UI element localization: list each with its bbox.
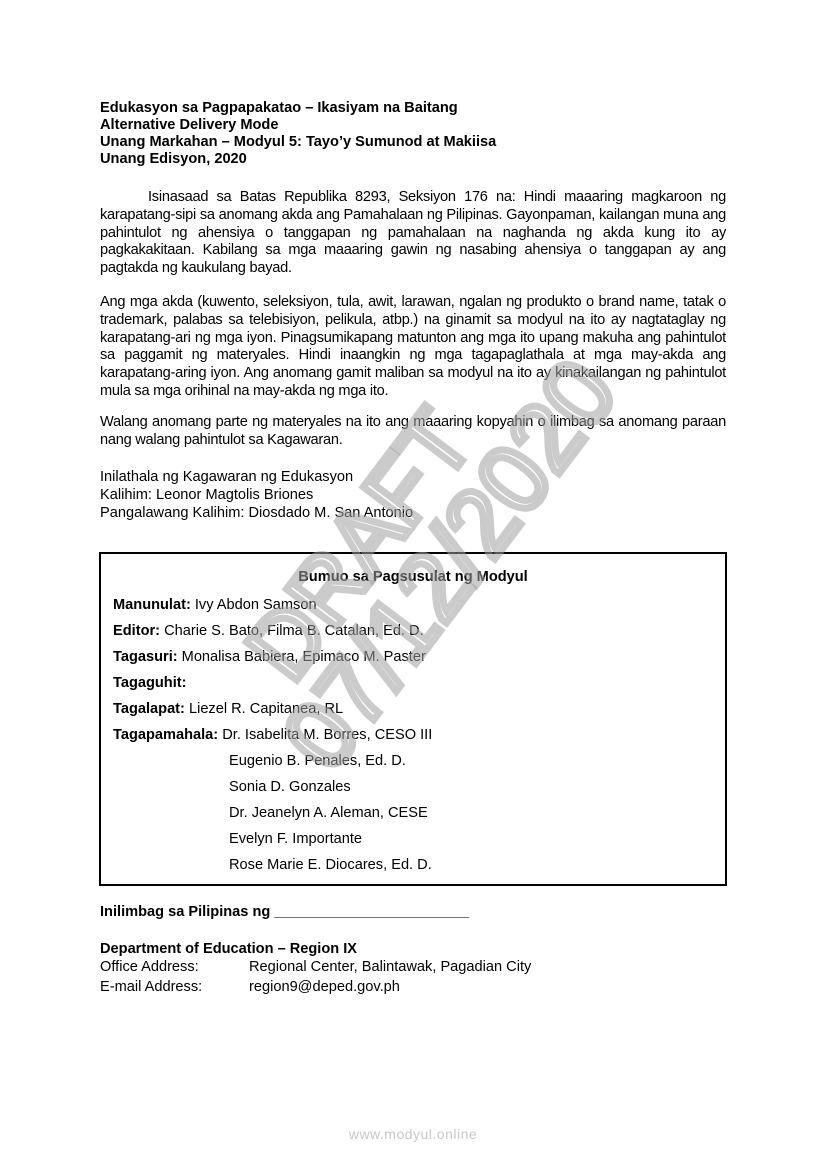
office-address-value: Regional Center, Balintawak, Pagadian Ci… [249, 958, 531, 976]
office-address-row: Office Address: Regional Center, Balinta… [100, 958, 357, 978]
credit-value: Ivy Abdon Samson [191, 597, 317, 613]
module-header: Edukasyon sa Pagpapakatao – Ikasiyam na … [100, 100, 740, 168]
credits-box: Bumuo sa Pagsusulat ng Modyul Manunulat:… [99, 552, 727, 886]
copyright-paragraph: Isinasaad sa Batas Republika 8293, Seksi… [100, 189, 726, 278]
office-address-label: Office Address: [100, 958, 199, 976]
credit-label: Tagasuri: [113, 649, 178, 665]
credit-row-management: Tagapamahala: Dr. Isabelita M. Borres, C… [113, 727, 432, 743]
credit-label: Editor: [113, 623, 160, 639]
document-page: Edukasyon sa Pagpapakatao – Ikasiyam na … [0, 0, 826, 1169]
manager-name: Eugenio B. Penales, Ed. D. [229, 753, 406, 769]
credit-row-editor: Editor: Charie S. Bato, Filma B. Catalan… [113, 623, 424, 639]
credit-label: Tagaguhit: [113, 675, 187, 691]
delivery-mode: Alternative Delivery Mode [100, 117, 740, 134]
email-address-value[interactable]: region9@deped.gov.ph [249, 978, 400, 996]
credit-row-reviewer: Tagasuri: Monalisa Babiera, Epimaco M. P… [113, 649, 426, 665]
credit-value: Dr. Isabelita M. Borres, CESO III [218, 727, 432, 743]
materials-paragraph: Ang mga akda (kuwento, seleksiyon, tula,… [100, 294, 726, 401]
publisher-line: Inilathala ng Kagawaran ng Edukasyon [100, 468, 413, 486]
credit-label: Tagalapat: [113, 701, 185, 717]
email-address-label: E-mail Address: [100, 978, 202, 996]
credit-row-layout: Tagalapat: Liezel R. Capitanea, RL [113, 701, 343, 717]
manager-name: Rose Marie E. Diocares, Ed. D. [229, 857, 432, 873]
manager-name: Dr. Jeanelyn A. Aleman, CESE [229, 805, 428, 821]
undersecretary-line: Pangalawang Kalihim: Diosdado M. San Ant… [100, 504, 413, 522]
printed-in-line: Inilimbag sa Pilipinas ng ______________… [100, 904, 469, 920]
email-address-row: E-mail Address: region9@deped.gov.ph [100, 978, 357, 998]
credit-value: Liezel R. Capitanea, RL [185, 701, 343, 717]
manager-name: Sonia D. Gonzales [229, 779, 351, 795]
deped-contact: Department of Education – Region IX Offi… [100, 940, 357, 998]
credit-row-illustrator: Tagaguhit: [113, 675, 187, 691]
subject-title: Edukasyon sa Pagpapakatao – Ikasiyam na … [100, 100, 740, 117]
manager-name: Evelyn F. Importante [229, 831, 362, 847]
deped-region-title: Department of Education – Region IX [100, 940, 357, 958]
credit-value: Charie S. Bato, Filma B. Catalan, Ed. D. [160, 623, 424, 639]
credit-label: Tagapamahala: [113, 727, 218, 743]
credit-row-writer: Manunulat: Ivy Abdon Samson [113, 597, 317, 613]
credits-title: Bumuo sa Pagsusulat ng Modyul [101, 569, 725, 585]
credit-label: Manunulat: [113, 597, 191, 613]
credit-value: Monalisa Babiera, Epimaco M. Paster [178, 649, 426, 665]
secretary-line: Kalihim: Leonor Magtolis Briones [100, 486, 413, 504]
reproduction-paragraph: Walang anomang parte ng materyales na it… [100, 414, 726, 450]
footer-url: www.modyul.online [0, 1126, 826, 1142]
module-title: Unang Markahan – Modyul 5: Tayo’y Sumuno… [100, 134, 740, 151]
edition: Unang Edisyon, 2020 [100, 151, 740, 168]
publisher-info: Inilathala ng Kagawaran ng Edukasyon Kal… [100, 468, 413, 522]
